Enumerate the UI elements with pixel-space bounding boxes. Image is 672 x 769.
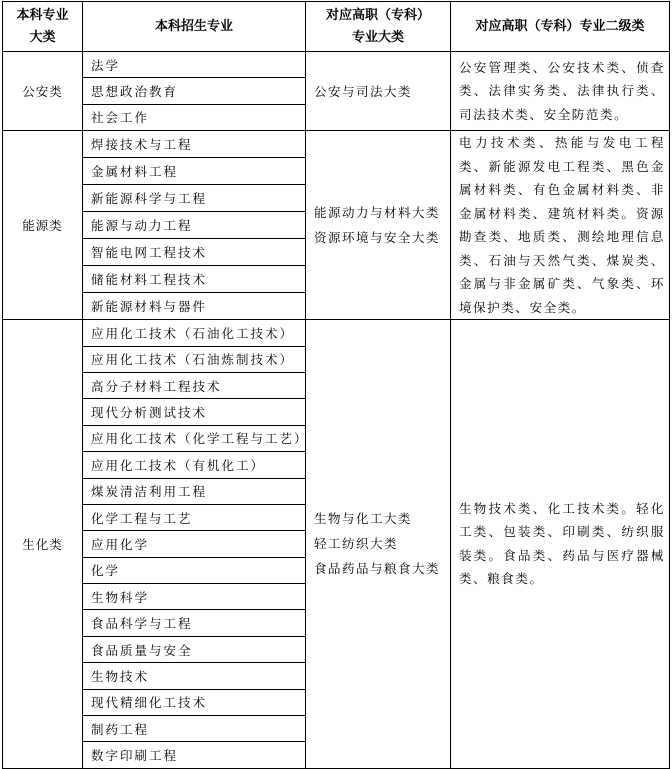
header-gaozhi-subcategory: 对应高职（专科）专业二级类 (451, 2, 670, 52)
undergrad-major-cell: 化学工程与工艺 (83, 504, 306, 530)
undergrad-major-cell: 高分子材料工程技术 (83, 372, 306, 398)
undergrad-major-cell: 数字印刷工程 (83, 742, 306, 766)
gaozhi-category-line: 轻工纺织大类 (314, 531, 450, 556)
undergrad-major-cell: 能源与动力工程 (83, 212, 306, 239)
undergrad-category-cell: 生化类 (3, 320, 83, 766)
undergrad-major-cell: 煤炭清洁利用工程 (83, 478, 306, 504)
undergrad-major-cell: 金属材料工程 (83, 158, 306, 185)
gaozhi-category-line: 公安与司法大类 (314, 79, 450, 104)
header-undergrad-major: 本科招生专业 (83, 2, 306, 52)
undergrad-major-cell: 应用化学 (83, 531, 306, 557)
undergrad-major-cell: 焊接技术与工程 (83, 131, 306, 158)
header-row: 本科专业 大类 本科招生专业 对应高职（专科） 专业大类 对应高职（专科）专业二… (3, 2, 670, 52)
gaozhi-category-line: 生物与化工大类 (314, 506, 450, 531)
undergrad-major-cell: 应用化工技术（石油炼制技术） (83, 346, 306, 372)
undergrad-category-cell: 公安类 (3, 52, 83, 131)
undergrad-major-cell: 生物技术 (83, 663, 306, 689)
undergrad-major-cell: 智能电网工程技术 (83, 239, 306, 266)
gaozhi-category-line: 食品药品与粮食大类 (314, 556, 450, 581)
header-text: 对应高职（专科） (306, 5, 450, 27)
table-row: 能源类焊接技术与工程能源动力与材料大类资源环境与安全大类电力技术类、热能与发电工… (3, 131, 670, 158)
undergrad-major-cell: 现代分析测试技术 (83, 399, 306, 425)
header-text: 专业大类 (306, 27, 450, 49)
undergrad-major-cell: 应用化工技术（有机化工） (83, 452, 306, 478)
gaozhi-category-cell: 公安与司法大类 (306, 52, 451, 131)
header-text: 本科专业 (3, 5, 82, 27)
header-undergrad-category: 本科专业 大类 (3, 2, 83, 52)
undergrad-major-cell: 法学 (83, 52, 306, 78)
table-row: 公安类法学公安与司法大类公安管理类、公安技术类、侦查类、法律实务类、法律执行类、… (3, 52, 670, 78)
gaozhi-category-cell: 能源动力与材料大类资源环境与安全大类 (306, 131, 451, 320)
undergrad-major-cell: 应用化工技术（石油化工技术） (83, 320, 306, 346)
undergrad-major-cell: 食品科学与工程 (83, 610, 306, 636)
undergrad-major-cell: 社会工作 (83, 104, 306, 130)
undergrad-major-cell: 生物科学 (83, 584, 306, 610)
undergrad-major-cell: 思想政治教育 (83, 78, 306, 104)
gaozhi-category-cell: 生物与化工大类轻工纺织大类食品药品与粮食大类 (306, 320, 451, 766)
gaozhi-subcategory-cell: 生物技术类、化工技术类。轻化工类、包装类、印刷类、纺织服装类。食品类、药品与医疗… (451, 320, 670, 766)
gaozhi-category-line: 能源动力与材料大类 (314, 200, 450, 225)
undergrad-major-cell: 新能源科学与工程 (83, 185, 306, 212)
majors-table: 本科专业 大类 本科招生专业 对应高职（专科） 专业大类 对应高职（专科）专业二… (2, 1, 670, 766)
header-text: 大类 (3, 27, 82, 49)
undergrad-major-cell: 食品质量与安全 (83, 636, 306, 662)
undergrad-category-cell: 能源类 (3, 131, 83, 320)
undergrad-major-cell: 储能材料工程技术 (83, 266, 306, 293)
undergrad-major-cell: 化学 (83, 557, 306, 583)
header-gaozhi-category: 对应高职（专科） 专业大类 (306, 2, 451, 52)
undergrad-major-cell: 现代精细化工技术 (83, 689, 306, 715)
undergrad-major-cell: 新能源材料与器件 (83, 293, 306, 320)
table-row: 生化类应用化工技术（石油化工技术）生物与化工大类轻工纺织大类食品药品与粮食大类生… (3, 320, 670, 346)
undergrad-major-cell: 应用化工技术（化学工程与工艺） (83, 425, 306, 451)
gaozhi-category-line: 资源环境与安全大类 (314, 225, 450, 250)
undergrad-major-cell: 制药工程 (83, 716, 306, 742)
gaozhi-subcategory-cell: 电力技术类、热能与发电工程类、新能源发电工程类、黑色金属材料类、有色金属材料类、… (451, 131, 670, 320)
gaozhi-subcategory-cell: 公安管理类、公安技术类、侦查类、法律实务类、法律执行类、司法技术类、安全防范类。 (451, 52, 670, 131)
